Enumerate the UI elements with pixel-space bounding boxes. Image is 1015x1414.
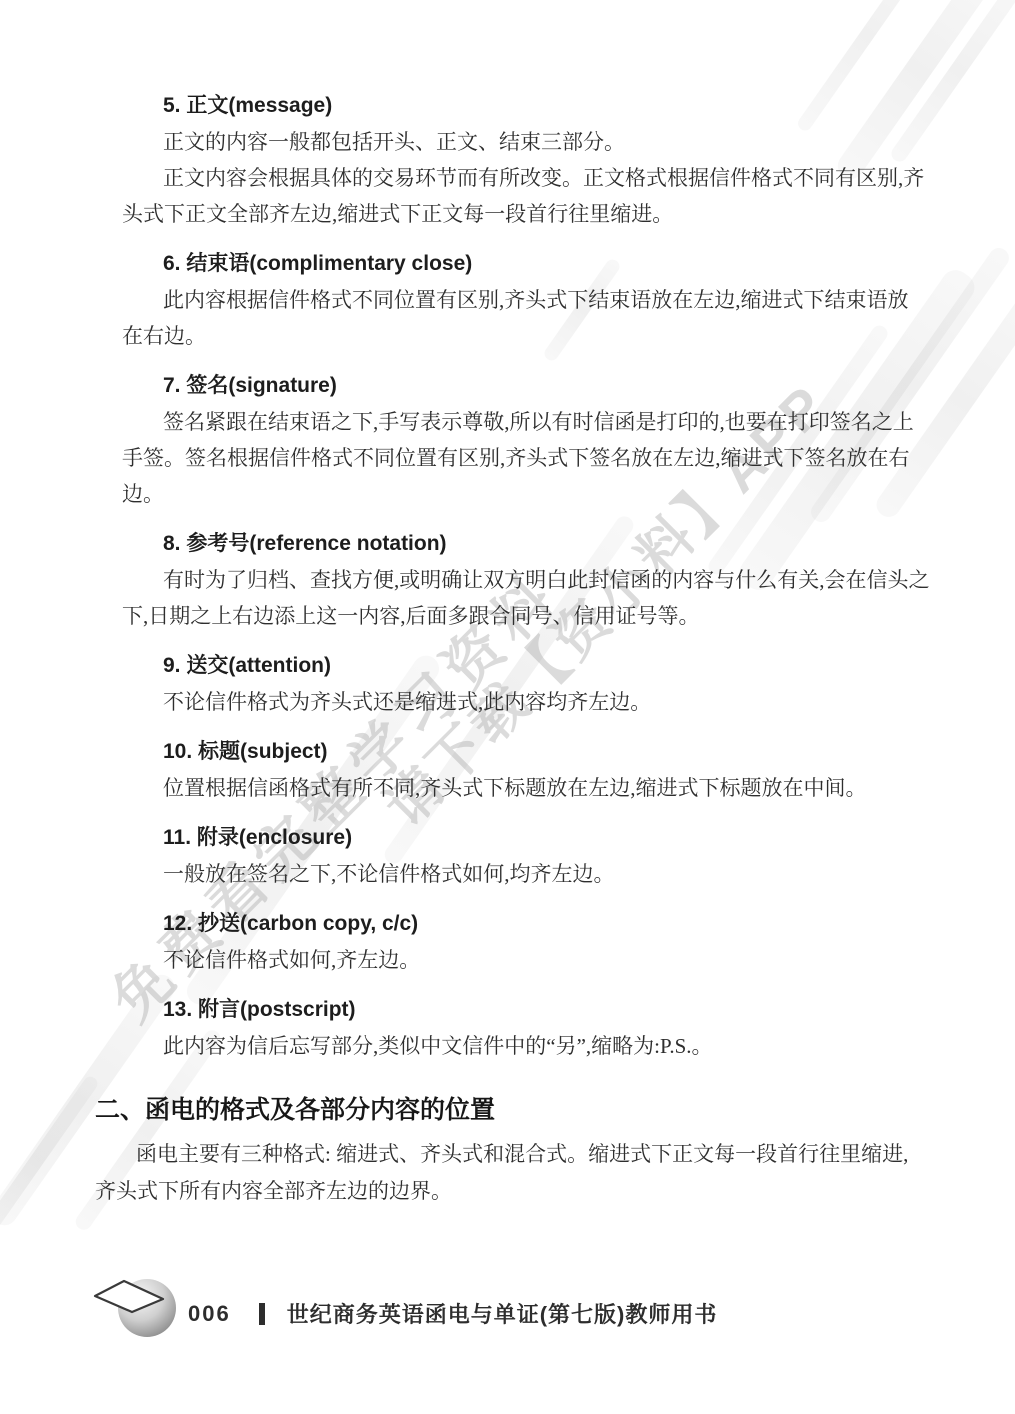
section-paragraph: 正文的内容一般都包括开头、正文、结束三部分。	[122, 124, 954, 160]
section-heading: 5. 正文(message)	[122, 88, 954, 124]
section-postscript: 13. 附言(postscript) 此内容为信后忘写部分,类似中文信件中的“另…	[122, 992, 954, 1064]
section-paragraph: 签名紧跟在结束语之下,手写表示尊敬,所以有时信函是打印的,也要在打印签名之上 手…	[122, 404, 954, 512]
section-heading: 8. 参考号(reference notation)	[122, 526, 954, 562]
section-paragraph: 不论信件格式为齐头式还是缩进式,此内容均齐左边。	[122, 684, 954, 720]
section-paragraph: 有时为了归档、查找方便,或明确让双方明白此封信函的内容与什么有关,会在信头之 下…	[122, 562, 954, 634]
section-heading: 13. 附言(postscript)	[122, 992, 954, 1028]
section-enclosure: 11. 附录(enclosure) 一般放在签名之下,不论信件格式如何,均齐左边…	[122, 820, 954, 892]
section-heading: 12. 抄送(carbon copy, c/c)	[122, 906, 954, 942]
section-signature: 7. 签名(signature) 签名紧跟在结束语之下,手写表示尊敬,所以有时信…	[122, 368, 954, 512]
numbered-sections: 5. 正文(message) 正文的内容一般都包括开头、正文、结束三部分。 正文…	[122, 88, 954, 1064]
section-paragraph: 正文内容会根据具体的交易环节而有所改变。正文格式根据信件格式不同有区别,齐 头式…	[122, 160, 954, 232]
chapter-paragraph: 函电主要有三种格式: 缩进式、齐头式和混合式。缩进式下正文每一段首行往里缩进, …	[95, 1136, 955, 1210]
section-heading: 11. 附录(enclosure)	[122, 820, 954, 856]
section-paragraph: 不论信件格式如何,齐左边。	[122, 942, 954, 978]
book-title: 世纪商务英语函电与单证(第七版)教师用书	[287, 1298, 718, 1329]
section-paragraph: 此内容根据信件格式不同位置有区别,齐头式下结束语放在左边,缩进式下结束语放 在右…	[122, 282, 954, 354]
book-page: 免费看完整学习资料 请下载【资小料】APP 5. 正文(message) 正文的…	[0, 0, 1015, 1414]
publisher-logo-icon	[88, 1274, 180, 1340]
section-heading: 9. 送交(attention)	[122, 648, 954, 684]
page-number: 006	[188, 1301, 231, 1327]
section-attention: 9. 送交(attention) 不论信件格式为齐头式还是缩进式,此内容均齐左边…	[122, 648, 954, 720]
section-carbon-copy: 12. 抄送(carbon copy, c/c) 不论信件格式如何,齐左边。	[122, 906, 954, 978]
section-heading: 6. 结束语(complimentary close)	[122, 246, 954, 282]
section-message: 5. 正文(message) 正文的内容一般都包括开头、正文、结束三部分。 正文…	[122, 88, 954, 232]
page-content: 5. 正文(message) 正文的内容一般都包括开头、正文、结束三部分。 正文…	[95, 74, 955, 1210]
chapter-heading: 二、函电的格式及各部分内容的位置	[95, 1090, 955, 1130]
page-footer: 006 世纪商务英语函电与单证(第七版)教师用书	[0, 1272, 1015, 1342]
section-paragraph: 位置根据信函格式有所不同,齐头式下标题放在左边,缩进式下标题放在中间。	[122, 770, 954, 806]
section-paragraph: 一般放在签名之下,不论信件格式如何,均齐左边。	[122, 856, 954, 892]
footer-divider	[259, 1303, 265, 1325]
section-heading: 7. 签名(signature)	[122, 368, 954, 404]
chapter-section: 二、函电的格式及各部分内容的位置 函电主要有三种格式: 缩进式、齐头式和混合式。…	[95, 1090, 955, 1210]
section-subject: 10. 标题(subject) 位置根据信函格式有所不同,齐头式下标题放在左边,…	[122, 734, 954, 806]
footer-text: 006 世纪商务英语函电与单证(第七版)教师用书	[188, 1298, 717, 1329]
section-heading: 10. 标题(subject)	[122, 734, 954, 770]
section-complimentary-close: 6. 结束语(complimentary close) 此内容根据信件格式不同位…	[122, 246, 954, 354]
section-reference-notation: 8. 参考号(reference notation) 有时为了归档、查找方便,或…	[122, 526, 954, 634]
section-paragraph: 此内容为信后忘写部分,类似中文信件中的“另”,缩略为:P.S.。	[122, 1028, 954, 1064]
scan-streak	[0, 1074, 100, 1246]
